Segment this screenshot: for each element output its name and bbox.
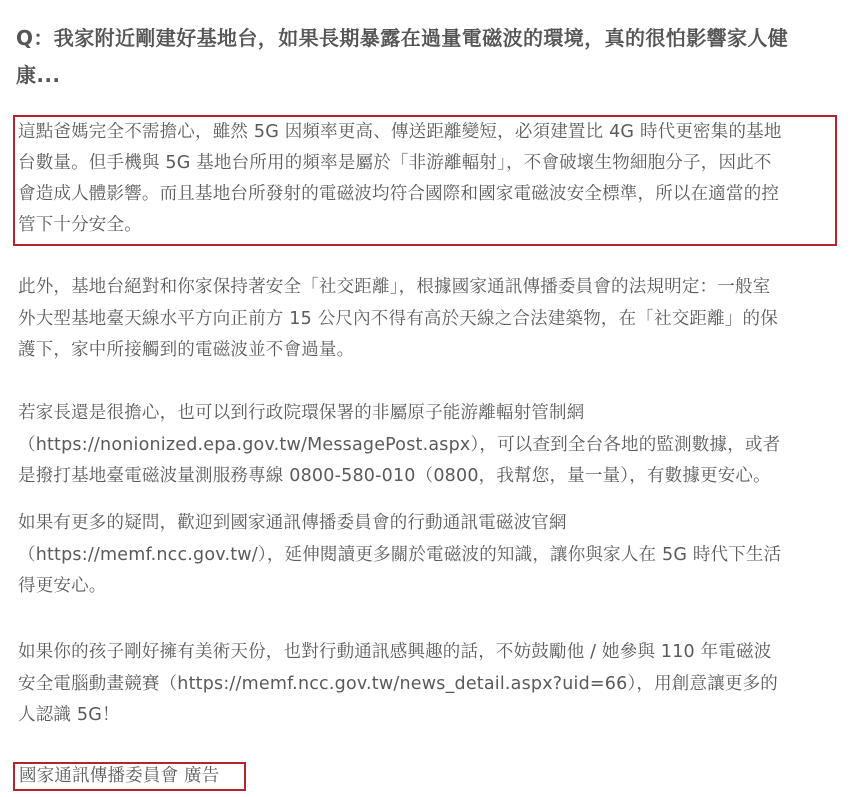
text-line: 是撥打基地臺電磁波量測服務專線 0800-580-010（0800，我幫您，量一… [18, 461, 838, 493]
text-line: 若家長還是很擔心，也可以到行政院環保署的非屬原子能游離輻射管制網 [18, 398, 838, 430]
question-line: Q：我家附近剛建好基地台，如果長期暴露在過量電磁波的環境，真的很怕影響家人健 [16, 20, 846, 57]
paragraph-ncc-website: 如果有更多的疑問，歡迎到國家通訊傳播委員會的行動通訊電磁波官網 （https:/… [18, 508, 838, 603]
answer-highlighted-paragraph: 這點爸媽完全不需擔心，雖然 5G 因頻率更高、傳送距離變短，必須建置比 4G 時… [18, 117, 834, 241]
text-line: 此外，基地台絕對和你家保持著安全「社交距離」，根據國家通訊傳播委員會的法規明定：… [18, 272, 838, 304]
text-line: 台數量。但手機與 5G 基地台所用的頻率是屬於「非游離輻射」，不會破壞生物細胞分… [18, 148, 834, 179]
text-line: （https://memf.ncc.gov.tw/），延伸閱讀更多關於電磁波的知… [18, 540, 838, 572]
question-heading: Q：我家附近剛建好基地台，如果長期暴露在過量電磁波的環境，真的很怕影響家人健 康… [16, 20, 846, 94]
text-line: 外大型基地臺天線水平方向正前方 15 公尺內不得有高於天線之合法建築物，在「社交… [18, 304, 838, 336]
text-line: 會造成人體影響。而且基地台所發射的電磁波均符合國際和國家電磁波安全標準，所以在適… [18, 179, 834, 210]
text-line: 護下，家中所接觸到的電磁波並不會過量。 [18, 335, 838, 367]
text-line: 這點爸媽完全不需擔心，雖然 5G 因頻率更高、傳送距離變短，必須建置比 4G 時… [18, 117, 834, 148]
text-line: （https://nonionized.epa.gov.tw/MessagePo… [18, 430, 838, 462]
advertiser-signature: 國家通訊傳播委員會 廣告 [19, 764, 219, 788]
text-line: 如果有更多的疑問，歡迎到國家通訊傳播委員會的行動通訊電磁波官網 [18, 508, 838, 540]
text-line: 安全電腦動畫競賽（https://memf.ncc.gov.tw/news_de… [18, 669, 838, 701]
paragraph-social-distance: 此外，基地台絕對和你家保持著安全「社交距離」，根據國家通訊傳播委員會的法規明定：… [18, 272, 838, 367]
text-line: 人認識 5G！ [18, 700, 838, 732]
question-line: 康... [16, 57, 846, 94]
paragraph-animation-contest: 如果你的孩子剛好擁有美術天份，也對行動通訊感興趣的話，不妨鼓勵他 / 她參與 1… [18, 637, 838, 732]
paragraph-monitoring: 若家長還是很擔心，也可以到行政院環保署的非屬原子能游離輻射管制網 （https:… [18, 398, 838, 493]
text-line: 管下十分安全。 [18, 210, 834, 241]
text-line: 如果你的孩子剛好擁有美術天份，也對行動通訊感興趣的話，不妨鼓勵他 / 她參與 1… [18, 637, 838, 669]
text-line: 得更安心。 [18, 571, 838, 603]
